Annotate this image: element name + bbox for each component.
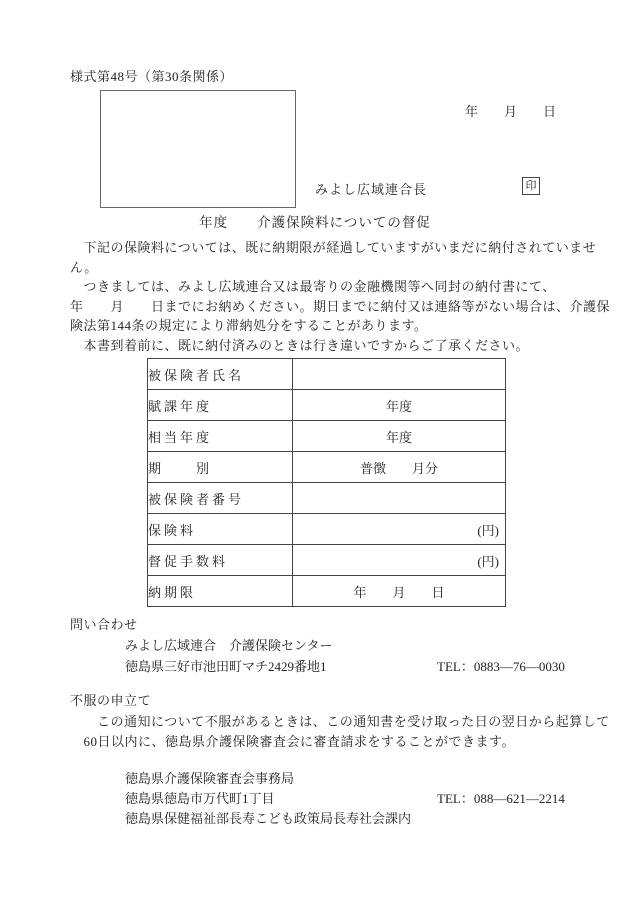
row-label-levy-year: 賦課年度 [148, 390, 293, 421]
inquiry-org: みよし広域連合 介護保険センター [125, 635, 332, 654]
document-title: 年度 介護保険料についての督促 [0, 211, 630, 231]
inquiry-heading: 問い合わせ [70, 614, 138, 633]
issue-date-line: 年 月 日 [465, 101, 556, 120]
body-text: 下記の保険料については、既に納期限が経過していますがいまだに納付されていませ ん… [70, 238, 570, 355]
table-row: 被保険者番号 [148, 483, 506, 514]
row-label-demand-fee: 督促手数料 [148, 545, 293, 576]
body-line: 険法第144条の規定により滞納処分をすることがあります。 [70, 316, 570, 336]
body-line: ん。 [70, 258, 570, 278]
body-line: つきましては、みよし広域連合又は最寄りの金融機関等へ同封の納付書にて、 [70, 277, 570, 297]
table-row: 相当年度 年度 [148, 421, 506, 452]
review-board-note: 徳島県保健福祉部長寿こども政策局長寿社会課内 [125, 808, 411, 827]
row-label-applicable-year: 相当年度 [148, 421, 293, 452]
review-board-address: 徳島県徳島市万代町1丁目 [125, 788, 275, 807]
row-value-premium: (円) [293, 514, 506, 545]
inquiry-address: 徳島県三好市池田町マチ2429番地1 [125, 656, 327, 675]
table-row: 督促手数料 (円) [148, 545, 506, 576]
seal-stamp-box: 印 [522, 177, 540, 195]
row-value-levy-year: 年度 [293, 390, 506, 421]
premium-detail-table: 被保険者氏名 賦課年度 年度 相当年度 年度 期 別 普徴 月分 被保険者番号 … [147, 358, 506, 607]
row-value-installment: 普徴 月分 [293, 452, 506, 483]
review-board-tel: TEL：088―621―2214 [437, 788, 565, 807]
document-page: 様式第48号（第30条関係） 年 月 日 みよし広域連合長 印 年度 介護保険料… [0, 0, 630, 915]
inquiry-tel: TEL：0883―76―0030 [437, 656, 565, 675]
row-value-insured-name [293, 359, 506, 390]
table-row: 保険料 (円) [148, 514, 506, 545]
body-line: 下記の保険料については、既に納期限が経過していますがいまだに納付されていませ [70, 238, 570, 258]
table-row: 賦課年度 年度 [148, 390, 506, 421]
body-line: 本書到着前に、既に納付済みのときは行き違いですからご了承ください。 [70, 336, 570, 356]
row-label-insured-name: 被保険者氏名 [148, 359, 293, 390]
form-number: 様式第48号（第30条関係） [70, 66, 233, 85]
row-value-insured-number [293, 483, 506, 514]
row-label-due-date: 納期限 [148, 576, 293, 607]
sender-title: みよし広域連合長 [315, 179, 427, 198]
row-value-demand-fee: (円) [293, 545, 506, 576]
recipient-address-box [100, 90, 296, 208]
row-label-insured-number: 被保険者番号 [148, 483, 293, 514]
body-line: 年 月 日までにお納めください。期日までに納付又は連絡等がない場合は、介護保 [70, 297, 570, 317]
table-row: 期 別 普徴 月分 [148, 452, 506, 483]
row-value-applicable-year: 年度 [293, 421, 506, 452]
appeal-line: 60日以内に、徳島県介護保険審査会に審査請求をすることができます。 [70, 731, 515, 750]
appeal-heading: 不服の申立て [70, 690, 151, 709]
appeal-line: この通知について不服があるときは、この通知書を受け取った日の翌日から起算して [70, 711, 610, 730]
table-row: 被保険者氏名 [148, 359, 506, 390]
review-board-name: 徳島県介護保険審査会事務局 [125, 768, 294, 787]
row-label-installment: 期 別 [148, 452, 293, 483]
row-value-due-date: 年 月 日 [293, 576, 506, 607]
row-label-premium: 保険料 [148, 514, 293, 545]
table-row: 納期限 年 月 日 [148, 576, 506, 607]
